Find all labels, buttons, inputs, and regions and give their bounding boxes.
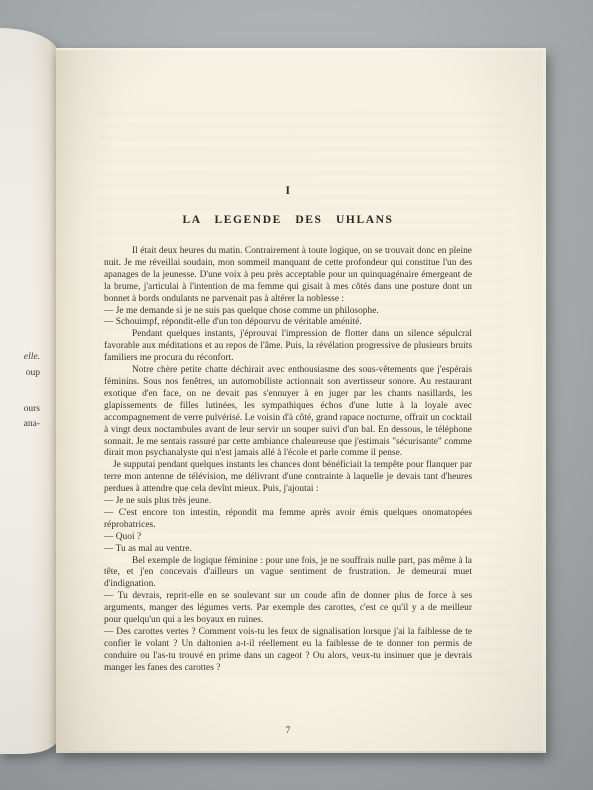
facing-page-text-fragment: ours bbox=[24, 404, 40, 414]
book-page: I LA LEGENDE DES UHLANS Il était deux he… bbox=[56, 48, 546, 753]
page-number: 7 bbox=[104, 726, 472, 736]
photo-backdrop: elle.oupoursana- I LA LEGENDE DES UHLANS… bbox=[0, 0, 593, 790]
body-text: Il était deux heures du matin. Contraire… bbox=[104, 246, 472, 675]
facing-page-sliver: elle.oupoursana- bbox=[0, 28, 58, 754]
body-paragraph: — Quoi ? bbox=[104, 532, 472, 544]
facing-page-text-fragment: elle. bbox=[24, 352, 40, 362]
chapter-title: LA LEGENDE DES UHLANS bbox=[84, 214, 492, 226]
facing-page-text-fragment: ana- bbox=[24, 419, 40, 429]
body-paragraph: Bel exemple de logique féminine : pour u… bbox=[104, 556, 472, 592]
body-paragraph: Pendant quelques instants, j'éprouvai l'… bbox=[104, 329, 472, 365]
body-paragraph: — Je ne suis plus très jeune. bbox=[104, 496, 472, 508]
body-paragraph: — Tu as mal au ventre. bbox=[104, 544, 472, 556]
body-paragraph: — Des carottes vertes ? Comment vois-tu … bbox=[104, 627, 472, 675]
body-paragraph: — Tu devrais, reprit-elle en se soulevan… bbox=[104, 591, 472, 627]
body-paragraph: Je supputai pendant quelques instants le… bbox=[104, 460, 472, 496]
body-paragraph: — Je me demande si je ne suis pas quelqu… bbox=[104, 306, 472, 318]
chapter-number: I bbox=[104, 185, 472, 197]
body-paragraph: Il était deux heures du matin. Contraire… bbox=[104, 246, 472, 306]
body-paragraph: — Schouimpf, répondit-elle d'un ton dépo… bbox=[104, 317, 472, 329]
body-paragraph: Notre chère petite chatte déchirait avec… bbox=[104, 365, 472, 460]
facing-page-text-fragment: oup bbox=[26, 368, 40, 378]
body-paragraph: — C'est encore ton intestin, répondit ma… bbox=[104, 508, 472, 532]
